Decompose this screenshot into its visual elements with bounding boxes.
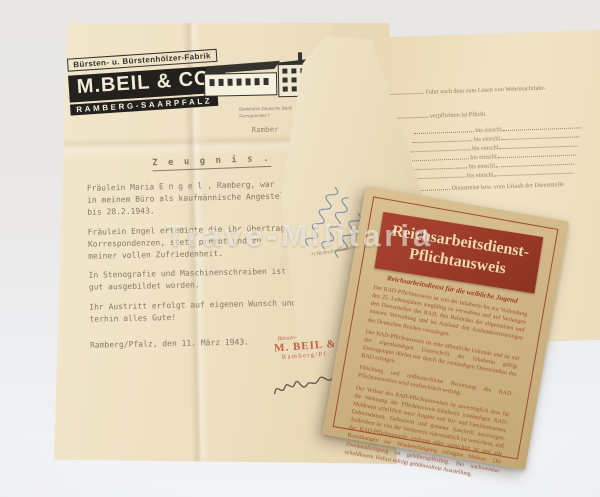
form-dienstreise-line: Dienstreise bzw. vom Urlaub der Dienstst…: [410, 180, 564, 193]
letterhead-contact-info: Bankkonto Deutsche Bank Fernsprecher 7: [239, 104, 292, 119]
blank-line: [498, 150, 576, 159]
bis-einschl-label: bis einschl.: [472, 144, 500, 152]
rad-pflichtausweis-booklet: Reichsarbeitsdienst- Pflichtausweis Reic…: [322, 186, 569, 470]
blank-line: [496, 159, 574, 168]
booklet-border-frame: Reichsarbeitsdienst- Pflichtausweis Reic…: [333, 196, 559, 459]
blank-line: [501, 131, 579, 140]
blank-line: [412, 135, 472, 143]
form-item-1-text: Fahrt nach dem zum Lösen von Wehrmachtfa…: [425, 85, 545, 96]
form-item-2-text: verpflichten ist Pflicht.: [430, 111, 487, 120]
blank-line: [495, 168, 573, 177]
blank-line: [503, 122, 581, 131]
bis-einschl-label: bis einschl.: [470, 153, 498, 161]
bis-einschl-label: bis einschl.: [474, 135, 502, 143]
letterhead-info-line: Fernsprecher 7: [239, 112, 292, 120]
printed-dateline-fragment: Ramber: [251, 125, 278, 135]
blank-line: [410, 144, 470, 152]
blank-line: [414, 126, 474, 134]
bis-einschl-label: bis einschl.: [475, 126, 503, 134]
letter-heading: Z e u g n i s .: [152, 154, 271, 172]
bis-einschl-label: bis einschl.: [467, 171, 495, 179]
blank-line: [500, 140, 578, 149]
blank-line: [407, 162, 467, 170]
blank-line: [409, 153, 469, 161]
bis-einschl-label: bis einschl.: [469, 162, 497, 170]
photo-of-documents: Bürsten- u. Bürstenhölzer-Fabrik M.BEIL …: [0, 0, 600, 497]
blank-line: [384, 88, 424, 95]
